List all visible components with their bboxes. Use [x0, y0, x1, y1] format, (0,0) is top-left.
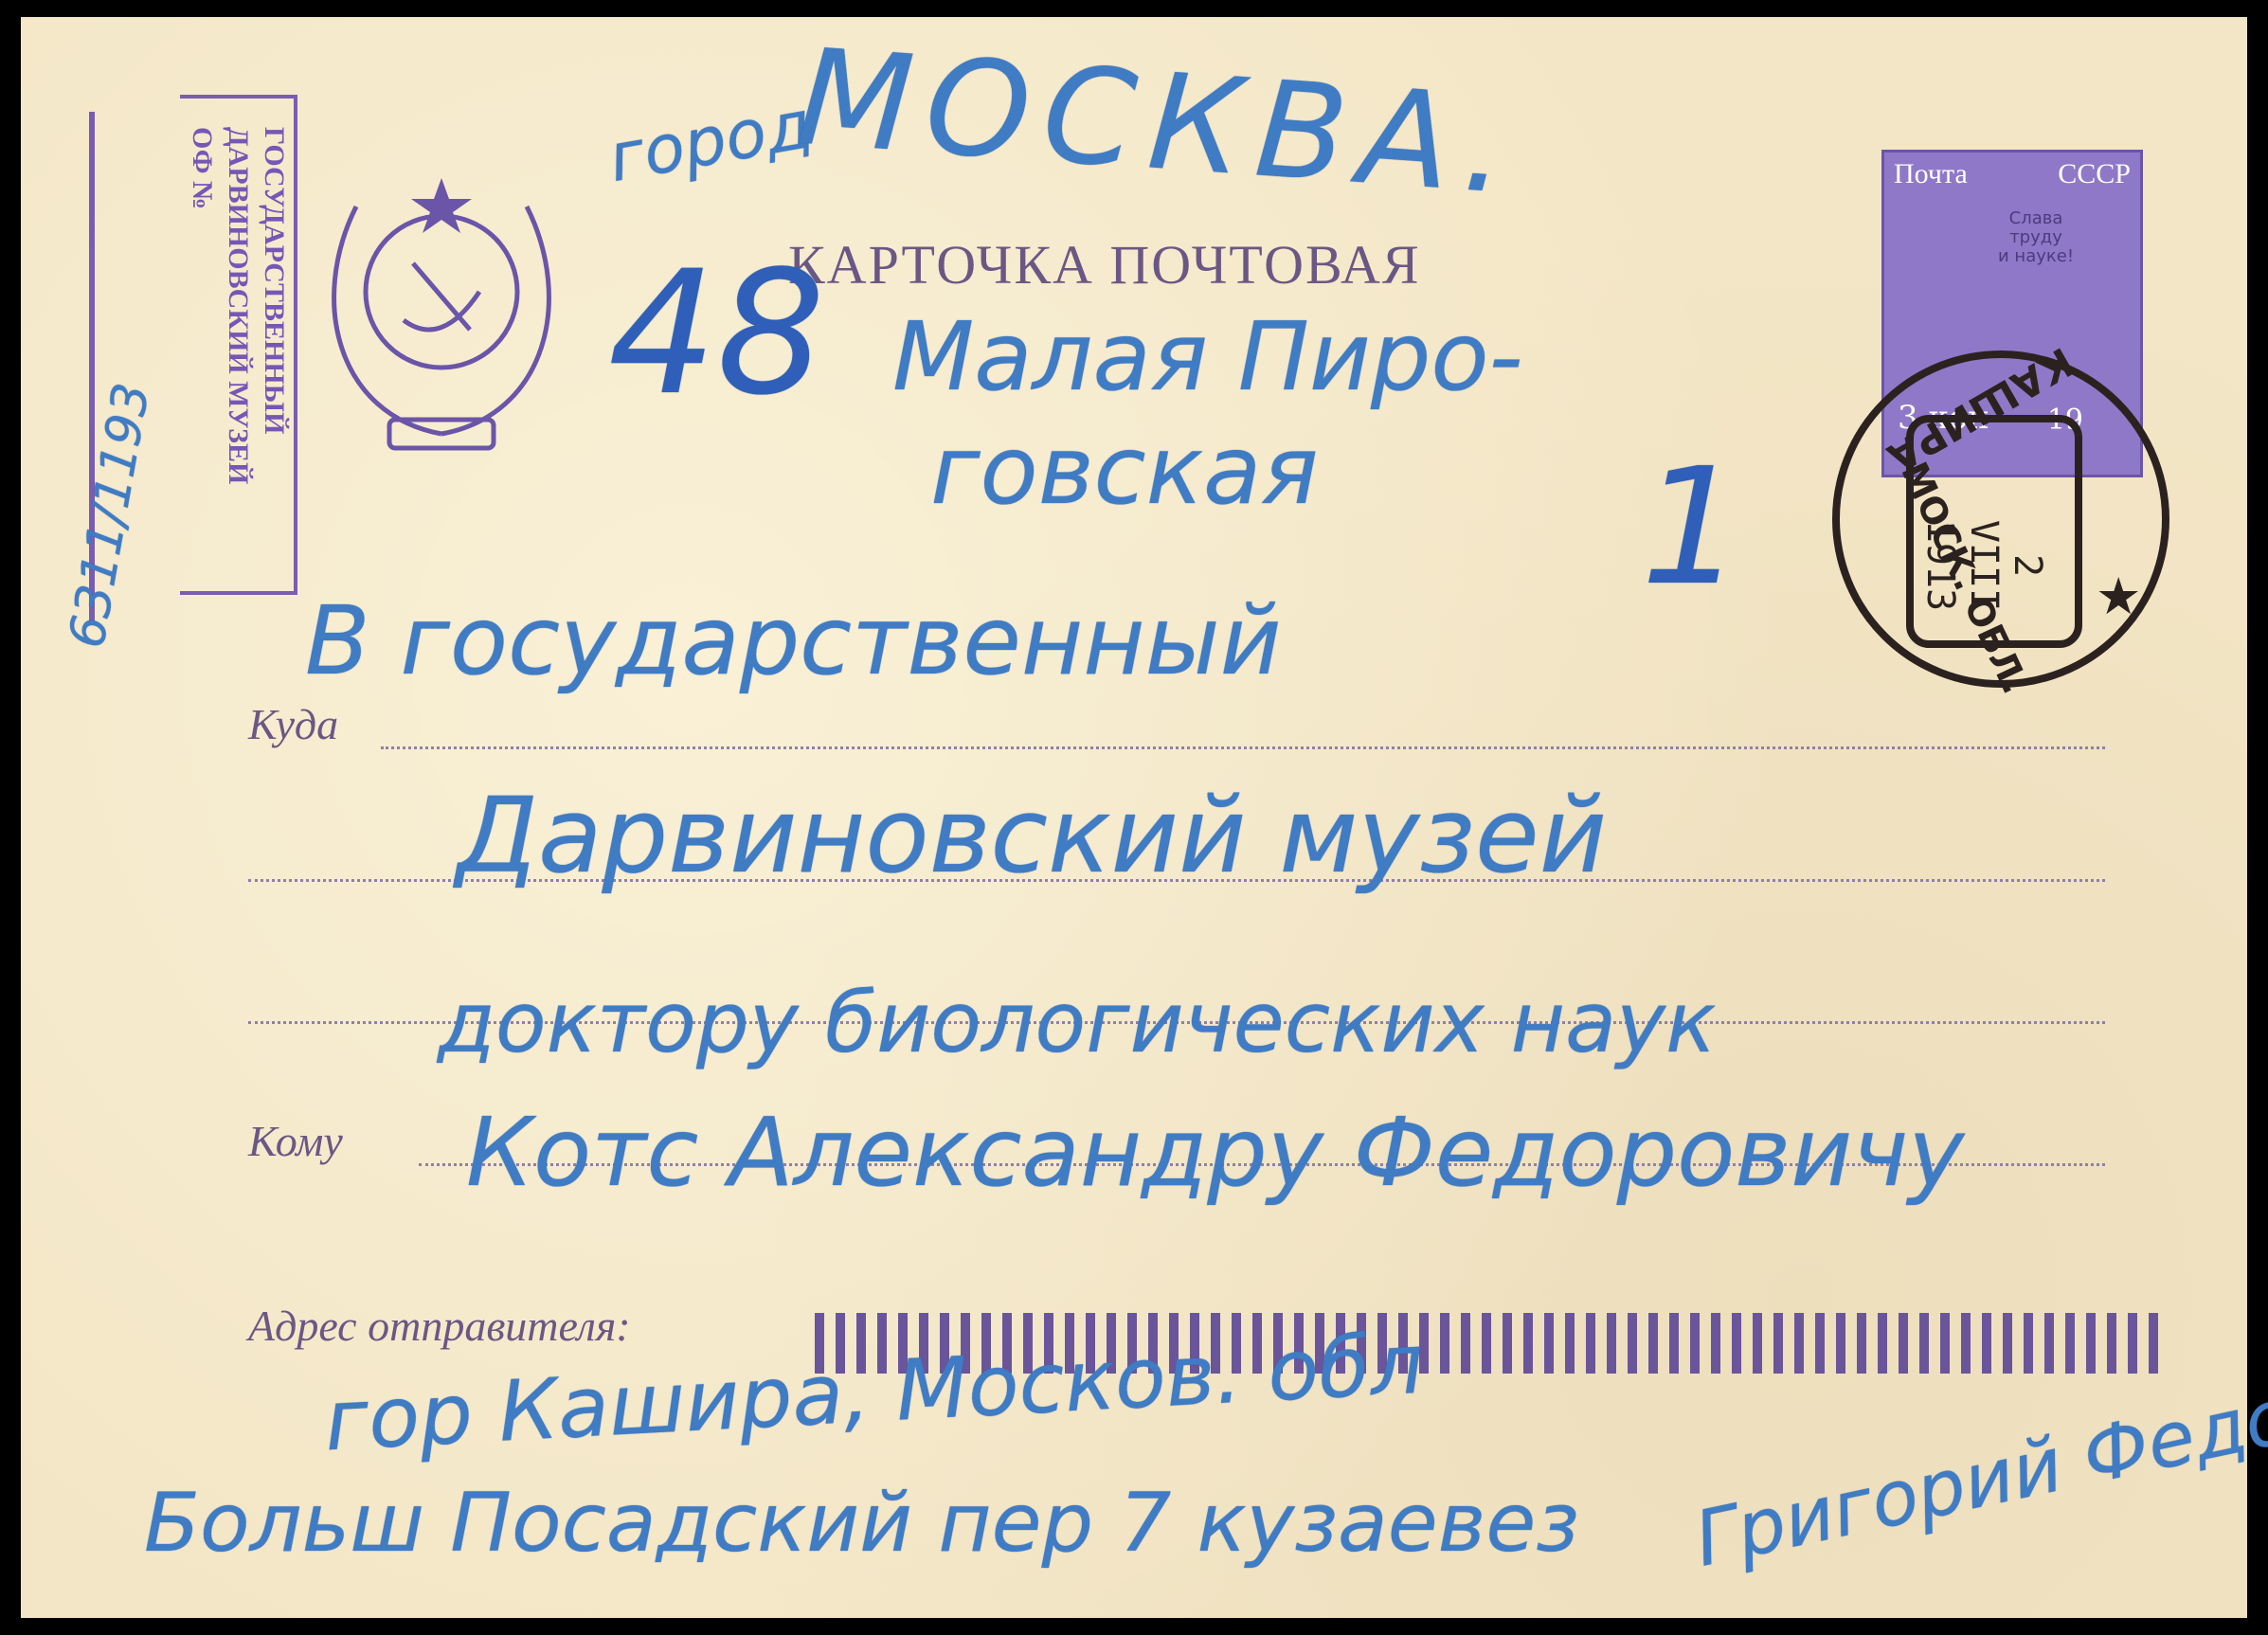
hw-house: 1	[1641, 434, 1743, 621]
stamp-text-pochta: Почта	[1894, 158, 1968, 190]
museum-stamp-line-2: ДАРВИНОВСКИЙ МУЗЕЙ	[220, 127, 256, 620]
soviet-emblem-icon	[299, 150, 584, 472]
card-title: КАРТОЧКА ПОЧТОВАЯ	[788, 233, 1421, 296]
address-line-1	[381, 746, 2105, 749]
stamp-slogan-1: Слава	[1998, 209, 2074, 228]
hw-to-line-1: В государственный	[305, 585, 1282, 696]
postmark-star-icon: ★	[2096, 566, 2141, 626]
hw-to-line-3: доктору биологических наук	[438, 974, 1716, 1071]
stamp-slogan-3: и науке!	[1998, 247, 2074, 266]
postcard: ГОСУДАРСТВЕННЫЙ ДАРВИНОВСКИЙ МУЗЕЙ ОФ № …	[21, 17, 2247, 1618]
hw-street-2: говская	[930, 415, 1318, 526]
stamp-text-ussr: СССР	[2058, 158, 2131, 190]
label-sender-address: Адрес отправителя:	[248, 1301, 631, 1351]
hw-to-whom: Котс Александру Федоровичу	[466, 1097, 1964, 1208]
hw-city: МОСКВА.	[793, 21, 1524, 225]
label-to-whom: Кому	[248, 1116, 343, 1166]
hw-sender-line-2: Больш Посадский пер 7 кузаевез	[144, 1476, 1579, 1571]
museum-stamp-line-3: ОФ №	[184, 127, 220, 620]
handwritten-side-number: 6311/1193	[59, 379, 161, 652]
stamp-slogan-2: труду	[1998, 228, 2074, 247]
postmark: 2 VIII 1913 КАШИРА МОСК. ОБЛ. ★	[1832, 350, 2169, 688]
hw-sender-signature: Григорий Федоров	[1687, 1342, 2268, 1584]
hw-city-prefix: город	[603, 85, 818, 197]
museum-stamp-line-1: ГОСУДАРСТВЕННЫЙ	[256, 127, 292, 620]
museum-stamp: ГОСУДАРСТВЕННЫЙ ДАРВИНОВСКИЙ МУЗЕЙ ОФ №	[180, 95, 297, 595]
hw-street-1: Малая Пиро-	[892, 301, 1523, 412]
hw-to-line-2: Дарвиновский музей	[457, 775, 1607, 896]
label-to-where: Куда	[248, 699, 338, 749]
hw-number: 48	[608, 235, 825, 433]
